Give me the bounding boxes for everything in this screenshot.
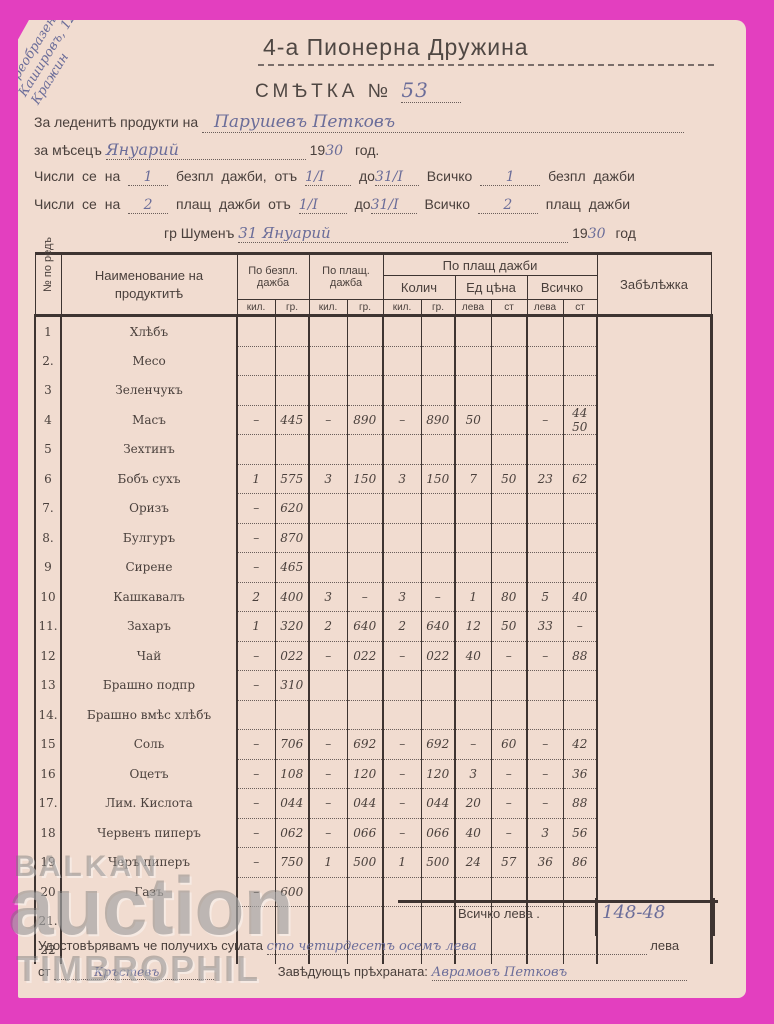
cell-pk: 3: [309, 464, 347, 494]
cell-fg: [275, 435, 309, 465]
col-total-header: Всичко: [527, 276, 597, 300]
cell-pg: 150: [347, 464, 383, 494]
cell-fg: 320: [275, 612, 309, 642]
product-name: Сирене: [61, 553, 237, 583]
cell-us: [491, 346, 527, 376]
cell-pk: 2: [309, 612, 347, 642]
cell-us: 57: [491, 848, 527, 878]
cell-tl: [527, 671, 563, 701]
cell-qk: [383, 494, 421, 524]
row-number: 12: [35, 641, 61, 671]
product-name: Зехтинъ: [61, 435, 237, 465]
cell-pg: 890: [347, 405, 383, 435]
cell-fg: [275, 700, 309, 730]
cell-ts: [563, 523, 597, 553]
org-title: 4-а Пионерна Дружина: [263, 34, 529, 61]
cell-ts: [563, 316, 597, 347]
row-number: 15: [35, 730, 61, 760]
cell-qg: 640: [421, 612, 455, 642]
cell-fk: –: [237, 789, 275, 819]
table-row: 6Бобъ сухъ1575315031507502362: [35, 464, 711, 494]
total-divider: [595, 898, 597, 936]
row-number: 3: [35, 376, 61, 406]
cell-qk: 1: [383, 848, 421, 878]
table-row: 1Хлѣбъ: [35, 316, 711, 347]
cell-tl: [527, 523, 563, 553]
cell-us: [491, 700, 527, 730]
cell-ul: [455, 553, 491, 583]
cell-us: –: [491, 641, 527, 671]
table-row: 18Червенъ пиперъ–062–066–06640–356: [35, 818, 711, 848]
cell-ts: [563, 671, 597, 701]
cell-ul: 1: [455, 582, 491, 612]
col-free-header: По безпл. дажба: [237, 254, 309, 300]
cell-pk: [309, 435, 347, 465]
cell-qg: [421, 316, 455, 347]
paid-rations-line: Числи се на 2 плащ дажби отъ 1/I до31/I …: [34, 196, 630, 214]
note-cell: [597, 435, 711, 465]
product-name: Масъ: [61, 405, 237, 435]
cell-qk: [383, 435, 421, 465]
note-cell: [597, 582, 711, 612]
cell-us: 50: [491, 464, 527, 494]
watermark-timbrophil: TIMBROPHIL: [16, 948, 260, 990]
cell-pk: –: [309, 818, 347, 848]
table-row: 8.Булгуръ–870: [35, 523, 711, 553]
note-cell: [597, 818, 711, 848]
note-cell: [597, 405, 711, 435]
cell-ts: 36: [563, 759, 597, 789]
cell-pg: [347, 494, 383, 524]
cell-ul: [455, 316, 491, 347]
cell-qg: [421, 346, 455, 376]
cell-fk: –: [237, 759, 275, 789]
note-cell: [597, 376, 711, 406]
cell-qk: –: [383, 759, 421, 789]
cell-pg: 120: [347, 759, 383, 789]
cell-pg: [347, 553, 383, 583]
cell-tl: 3: [527, 818, 563, 848]
cell-tl: [527, 700, 563, 730]
row-number: 14.: [35, 700, 61, 730]
cell-fg: 062: [275, 818, 309, 848]
row-number: 8.: [35, 523, 61, 553]
sub-kil: кил.: [237, 300, 275, 316]
cell-us: [491, 316, 527, 347]
cell-fk: [237, 346, 275, 376]
row-number: 2.: [35, 346, 61, 376]
cell-pk: 3: [309, 582, 347, 612]
col-by-paid-header: По плащ дажби: [383, 254, 597, 276]
cell-pg: [347, 523, 383, 553]
product-name: Лим. Кислота: [61, 789, 237, 819]
sub-st: ст: [563, 300, 597, 316]
cell-pk: –: [309, 789, 347, 819]
cell-fk: 2: [237, 582, 275, 612]
cell-qg: 066: [421, 818, 455, 848]
cell-fk: 1: [237, 612, 275, 642]
cell-fk: –: [237, 405, 275, 435]
cell-qk: [383, 553, 421, 583]
cell-pg: 692: [347, 730, 383, 760]
cell-pg: [347, 907, 383, 936]
cell-ts: 40: [563, 582, 597, 612]
cell-us: –: [491, 818, 527, 848]
note-cell: [597, 316, 711, 347]
products-value: Парушевъ Петковъ: [202, 112, 684, 133]
col-unit-price-header: Ед цѣна: [455, 276, 527, 300]
cell-qk: –: [383, 641, 421, 671]
sub-st: ст: [491, 300, 527, 316]
note-cell: [597, 759, 711, 789]
col-qty-header: Колич: [383, 276, 455, 300]
cell-tl: [527, 376, 563, 406]
note-cell: [597, 523, 711, 553]
product-name: Чай: [61, 641, 237, 671]
cell-fg: 400: [275, 582, 309, 612]
col-name-header: Наименование на продуктитѣ: [61, 254, 237, 316]
cell-pk: [309, 671, 347, 701]
cell-fg: [275, 346, 309, 376]
margin-note: Преобразена, Кашировъ, 12.292, Нач. Краж…: [3, 0, 131, 107]
cell-pk: [309, 494, 347, 524]
product-name: Булгуръ: [61, 523, 237, 553]
cell-ts: 44 50: [563, 405, 597, 435]
cell-fk: –: [237, 641, 275, 671]
cell-qk: –: [383, 818, 421, 848]
table-row: 2.Месо: [35, 346, 711, 376]
table-row: 13Брашно подпр–310: [35, 671, 711, 701]
cell-fg: [275, 316, 309, 347]
cell-fg: 575: [275, 464, 309, 494]
table-row: 16Оцетъ–108–120–1203––36: [35, 759, 711, 789]
cell-qg: 120: [421, 759, 455, 789]
cell-fg: 445: [275, 405, 309, 435]
row-number: 13: [35, 671, 61, 701]
cell-qg: [421, 907, 455, 936]
table-row: 17.Лим. Кислота–044–044–04420––88: [35, 789, 711, 819]
sub-leva: лева: [527, 300, 563, 316]
cell-pg: [347, 376, 383, 406]
cell-ul: 40: [455, 818, 491, 848]
cell-ts: [563, 376, 597, 406]
receipt-value: сто четирдесетъ осемъ лева: [267, 939, 647, 955]
cell-pg: –: [347, 582, 383, 612]
doc-number: 53: [401, 78, 461, 103]
cell-ul: [455, 494, 491, 524]
product-name: Брашно вмѣс хлѣбъ: [61, 700, 237, 730]
table-row: 15Соль–706–692–692–60–42: [35, 730, 711, 760]
cell-fg: 620: [275, 494, 309, 524]
table-row: 12Чай–022–022–02240––88: [35, 641, 711, 671]
cell-qg: [421, 376, 455, 406]
cell-ul: 7: [455, 464, 491, 494]
row-number: 7.: [35, 494, 61, 524]
cell-ul: [455, 700, 491, 730]
cell-us: [491, 435, 527, 465]
cell-us: [491, 553, 527, 583]
cell-ts: [563, 346, 597, 376]
row-number: 6: [35, 464, 61, 494]
cell-pg: [347, 435, 383, 465]
table-row: 7.Оризъ–620: [35, 494, 711, 524]
cell-qg: 044: [421, 789, 455, 819]
cell-ul: 3: [455, 759, 491, 789]
products-line: За леденитѣ продукти на Парушевъ Петковъ: [34, 112, 684, 133]
cell-fg: 706: [275, 730, 309, 760]
sub-gr: гр.: [347, 300, 383, 316]
title-rule: [258, 64, 714, 66]
manager-value: Аврамовъ Петковъ: [432, 965, 687, 981]
cell-tl: –: [527, 759, 563, 789]
cell-tl: 5: [527, 582, 563, 612]
cell-tl: [527, 346, 563, 376]
cell-fk: –: [237, 494, 275, 524]
cell-qg: 022: [421, 641, 455, 671]
cell-qg: [421, 523, 455, 553]
cell-ul: 50: [455, 405, 491, 435]
cell-ul: 20: [455, 789, 491, 819]
sub-kil: кил.: [309, 300, 347, 316]
cell-pk: [309, 907, 347, 936]
cell-tl: –: [527, 405, 563, 435]
cell-ul: 24: [455, 848, 491, 878]
cell-fk: [237, 316, 275, 347]
cell-pk: –: [309, 405, 347, 435]
cell-fg: [275, 376, 309, 406]
cell-pk: [309, 316, 347, 347]
cell-tl: –: [527, 789, 563, 819]
cell-qk: [383, 346, 421, 376]
cell-ts: [563, 494, 597, 524]
cell-ts: 42: [563, 730, 597, 760]
col-paid-header: По плащ. дажба: [309, 254, 383, 300]
row-number: 16: [35, 759, 61, 789]
cell-ul: [455, 671, 491, 701]
cell-fg: 108: [275, 759, 309, 789]
cell-qk: [383, 700, 421, 730]
cell-pk: [309, 877, 347, 907]
cell-us: [491, 671, 527, 701]
cell-pg: [347, 316, 383, 347]
cell-pg: [347, 346, 383, 376]
cell-us: 50: [491, 612, 527, 642]
cell-pg: [347, 700, 383, 730]
cell-pg: 022: [347, 641, 383, 671]
cell-fk: –: [237, 671, 275, 701]
cell-ts: 56: [563, 818, 597, 848]
cell-ul: [455, 523, 491, 553]
cell-qk: [383, 376, 421, 406]
cell-pk: –: [309, 759, 347, 789]
table-row: 11.Захаръ132026402640125033–: [35, 612, 711, 642]
product-name: Месо: [61, 346, 237, 376]
cell-qg: 890: [421, 405, 455, 435]
total-value: 148-48: [602, 902, 665, 923]
cell-qg: [421, 435, 455, 465]
cell-fk: –: [237, 730, 275, 760]
table-row: 14.Брашно вмѣс хлѣбъ: [35, 700, 711, 730]
cell-fg: 870: [275, 523, 309, 553]
row-number: 1: [35, 316, 61, 347]
note-cell: [597, 789, 711, 819]
cell-qk: [383, 671, 421, 701]
cell-tl: –: [527, 641, 563, 671]
product-name: Соль: [61, 730, 237, 760]
cell-qg: [421, 671, 455, 701]
product-name: Хлѣбъ: [61, 316, 237, 347]
note-cell: [597, 700, 711, 730]
row-number: 9: [35, 553, 61, 583]
row-number: 11.: [35, 612, 61, 642]
cell-us: [491, 494, 527, 524]
row-number: 5: [35, 435, 61, 465]
product-name: Кашкавалъ: [61, 582, 237, 612]
cell-us: 80: [491, 582, 527, 612]
cell-fg: 465: [275, 553, 309, 583]
note-cell: [597, 730, 711, 760]
note-cell: [597, 346, 711, 376]
cell-qk: [383, 316, 421, 347]
cell-tl: 36: [527, 848, 563, 878]
row-number: 10: [35, 582, 61, 612]
cell-tl: [527, 553, 563, 583]
product-name: Захаръ: [61, 612, 237, 642]
cell-us: [491, 376, 527, 406]
cell-tl: –: [527, 730, 563, 760]
product-name: Зеленчукъ: [61, 376, 237, 406]
cell-pk: [309, 346, 347, 376]
sub-kil: кил.: [383, 300, 421, 316]
cell-pg: [347, 671, 383, 701]
city-date-line: гр Шуменъ 31 Януарий 1930 год: [164, 224, 636, 243]
cell-pg: [347, 877, 383, 907]
product-name: Червенъ пиперъ: [61, 818, 237, 848]
product-name: Оцетъ: [61, 759, 237, 789]
cell-tl: 23: [527, 464, 563, 494]
cell-ts: [563, 435, 597, 465]
watermark-auction: auction: [8, 860, 293, 954]
sub-gr: гр.: [421, 300, 455, 316]
cell-pg: 066: [347, 818, 383, 848]
cell-fk: [237, 700, 275, 730]
cell-qg: [421, 700, 455, 730]
product-name: Брашно подпр: [61, 671, 237, 701]
cell-ul: 40: [455, 641, 491, 671]
cell-qk: –: [383, 789, 421, 819]
cell-qg: [421, 494, 455, 524]
table-row: 4Масъ–445–890–89050–44 50: [35, 405, 711, 435]
sub-gr: гр.: [275, 300, 309, 316]
cell-tl: 33: [527, 612, 563, 642]
free-rations-line: Числи се на 1 безпл дажби, отъ 1/I до31/…: [34, 168, 635, 186]
note-cell: [597, 494, 711, 524]
total-rule: [398, 900, 718, 903]
cell-tl: [527, 435, 563, 465]
month-value: Януарий: [106, 140, 306, 160]
cell-pk: [309, 523, 347, 553]
cell-ts: [563, 907, 597, 936]
cell-fk: [237, 376, 275, 406]
cell-fk: –: [237, 818, 275, 848]
cell-ts: [563, 700, 597, 730]
table-row: 10Кашкавалъ24003–3–180540: [35, 582, 711, 612]
cell-us: 60: [491, 730, 527, 760]
cell-fg: 022: [275, 641, 309, 671]
cell-qk: 3: [383, 582, 421, 612]
cell-qg: 692: [421, 730, 455, 760]
cell-pk: [309, 553, 347, 583]
cell-ul: [455, 376, 491, 406]
month-line: за мѣсецъ Януарий 1930 год.: [34, 140, 379, 160]
note-cell: [597, 464, 711, 494]
cell-ul: [455, 346, 491, 376]
cell-qg: 150: [421, 464, 455, 494]
cell-qg: [421, 553, 455, 583]
cell-ts: 88: [563, 641, 597, 671]
note-cell: [597, 553, 711, 583]
cell-us: –: [491, 759, 527, 789]
doc-title: СМѢТКА № 53: [255, 78, 461, 103]
cell-pk: [309, 376, 347, 406]
cell-fg: 044: [275, 789, 309, 819]
cell-qg: 500: [421, 848, 455, 878]
cell-fg: 310: [275, 671, 309, 701]
row-number: 4: [35, 405, 61, 435]
cell-us: [491, 405, 527, 435]
note-cell: [597, 671, 711, 701]
cell-fk: –: [237, 523, 275, 553]
cell-qk: [383, 523, 421, 553]
cell-pk: 1: [309, 848, 347, 878]
total-divider: [713, 898, 715, 936]
cell-qg: –: [421, 582, 455, 612]
cell-ts: –: [563, 612, 597, 642]
cell-pg: 044: [347, 789, 383, 819]
note-cell: [597, 641, 711, 671]
cell-pg: 500: [347, 848, 383, 878]
total-label: Всичко лева .: [458, 906, 540, 921]
col-num-header: № по редъ: [42, 278, 54, 292]
cell-ts: 62: [563, 464, 597, 494]
cell-ul: 12: [455, 612, 491, 642]
note-cell: [597, 848, 711, 878]
table-row: 5Зехтинъ: [35, 435, 711, 465]
cell-tl: [527, 316, 563, 347]
product-name: Оризъ: [61, 494, 237, 524]
note-cell: [597, 612, 711, 642]
product-name: Бобъ сухъ: [61, 464, 237, 494]
cell-tl: [527, 494, 563, 524]
cell-ts: 88: [563, 789, 597, 819]
cell-ul: –: [455, 730, 491, 760]
row-number: 18: [35, 818, 61, 848]
cell-qk: [383, 907, 421, 936]
cell-qk: –: [383, 405, 421, 435]
sub-leva: лева: [455, 300, 491, 316]
cell-pg: 640: [347, 612, 383, 642]
table-row: 9Сирене–465: [35, 553, 711, 583]
cell-fk: –: [237, 553, 275, 583]
cell-pk: [309, 700, 347, 730]
cell-pk: –: [309, 730, 347, 760]
col-note-header: Забѣлѣжка: [597, 254, 711, 316]
cell-fk: 1: [237, 464, 275, 494]
cell-fk: [237, 435, 275, 465]
cell-us: [491, 523, 527, 553]
row-number: 17.: [35, 789, 61, 819]
cell-ul: [455, 435, 491, 465]
